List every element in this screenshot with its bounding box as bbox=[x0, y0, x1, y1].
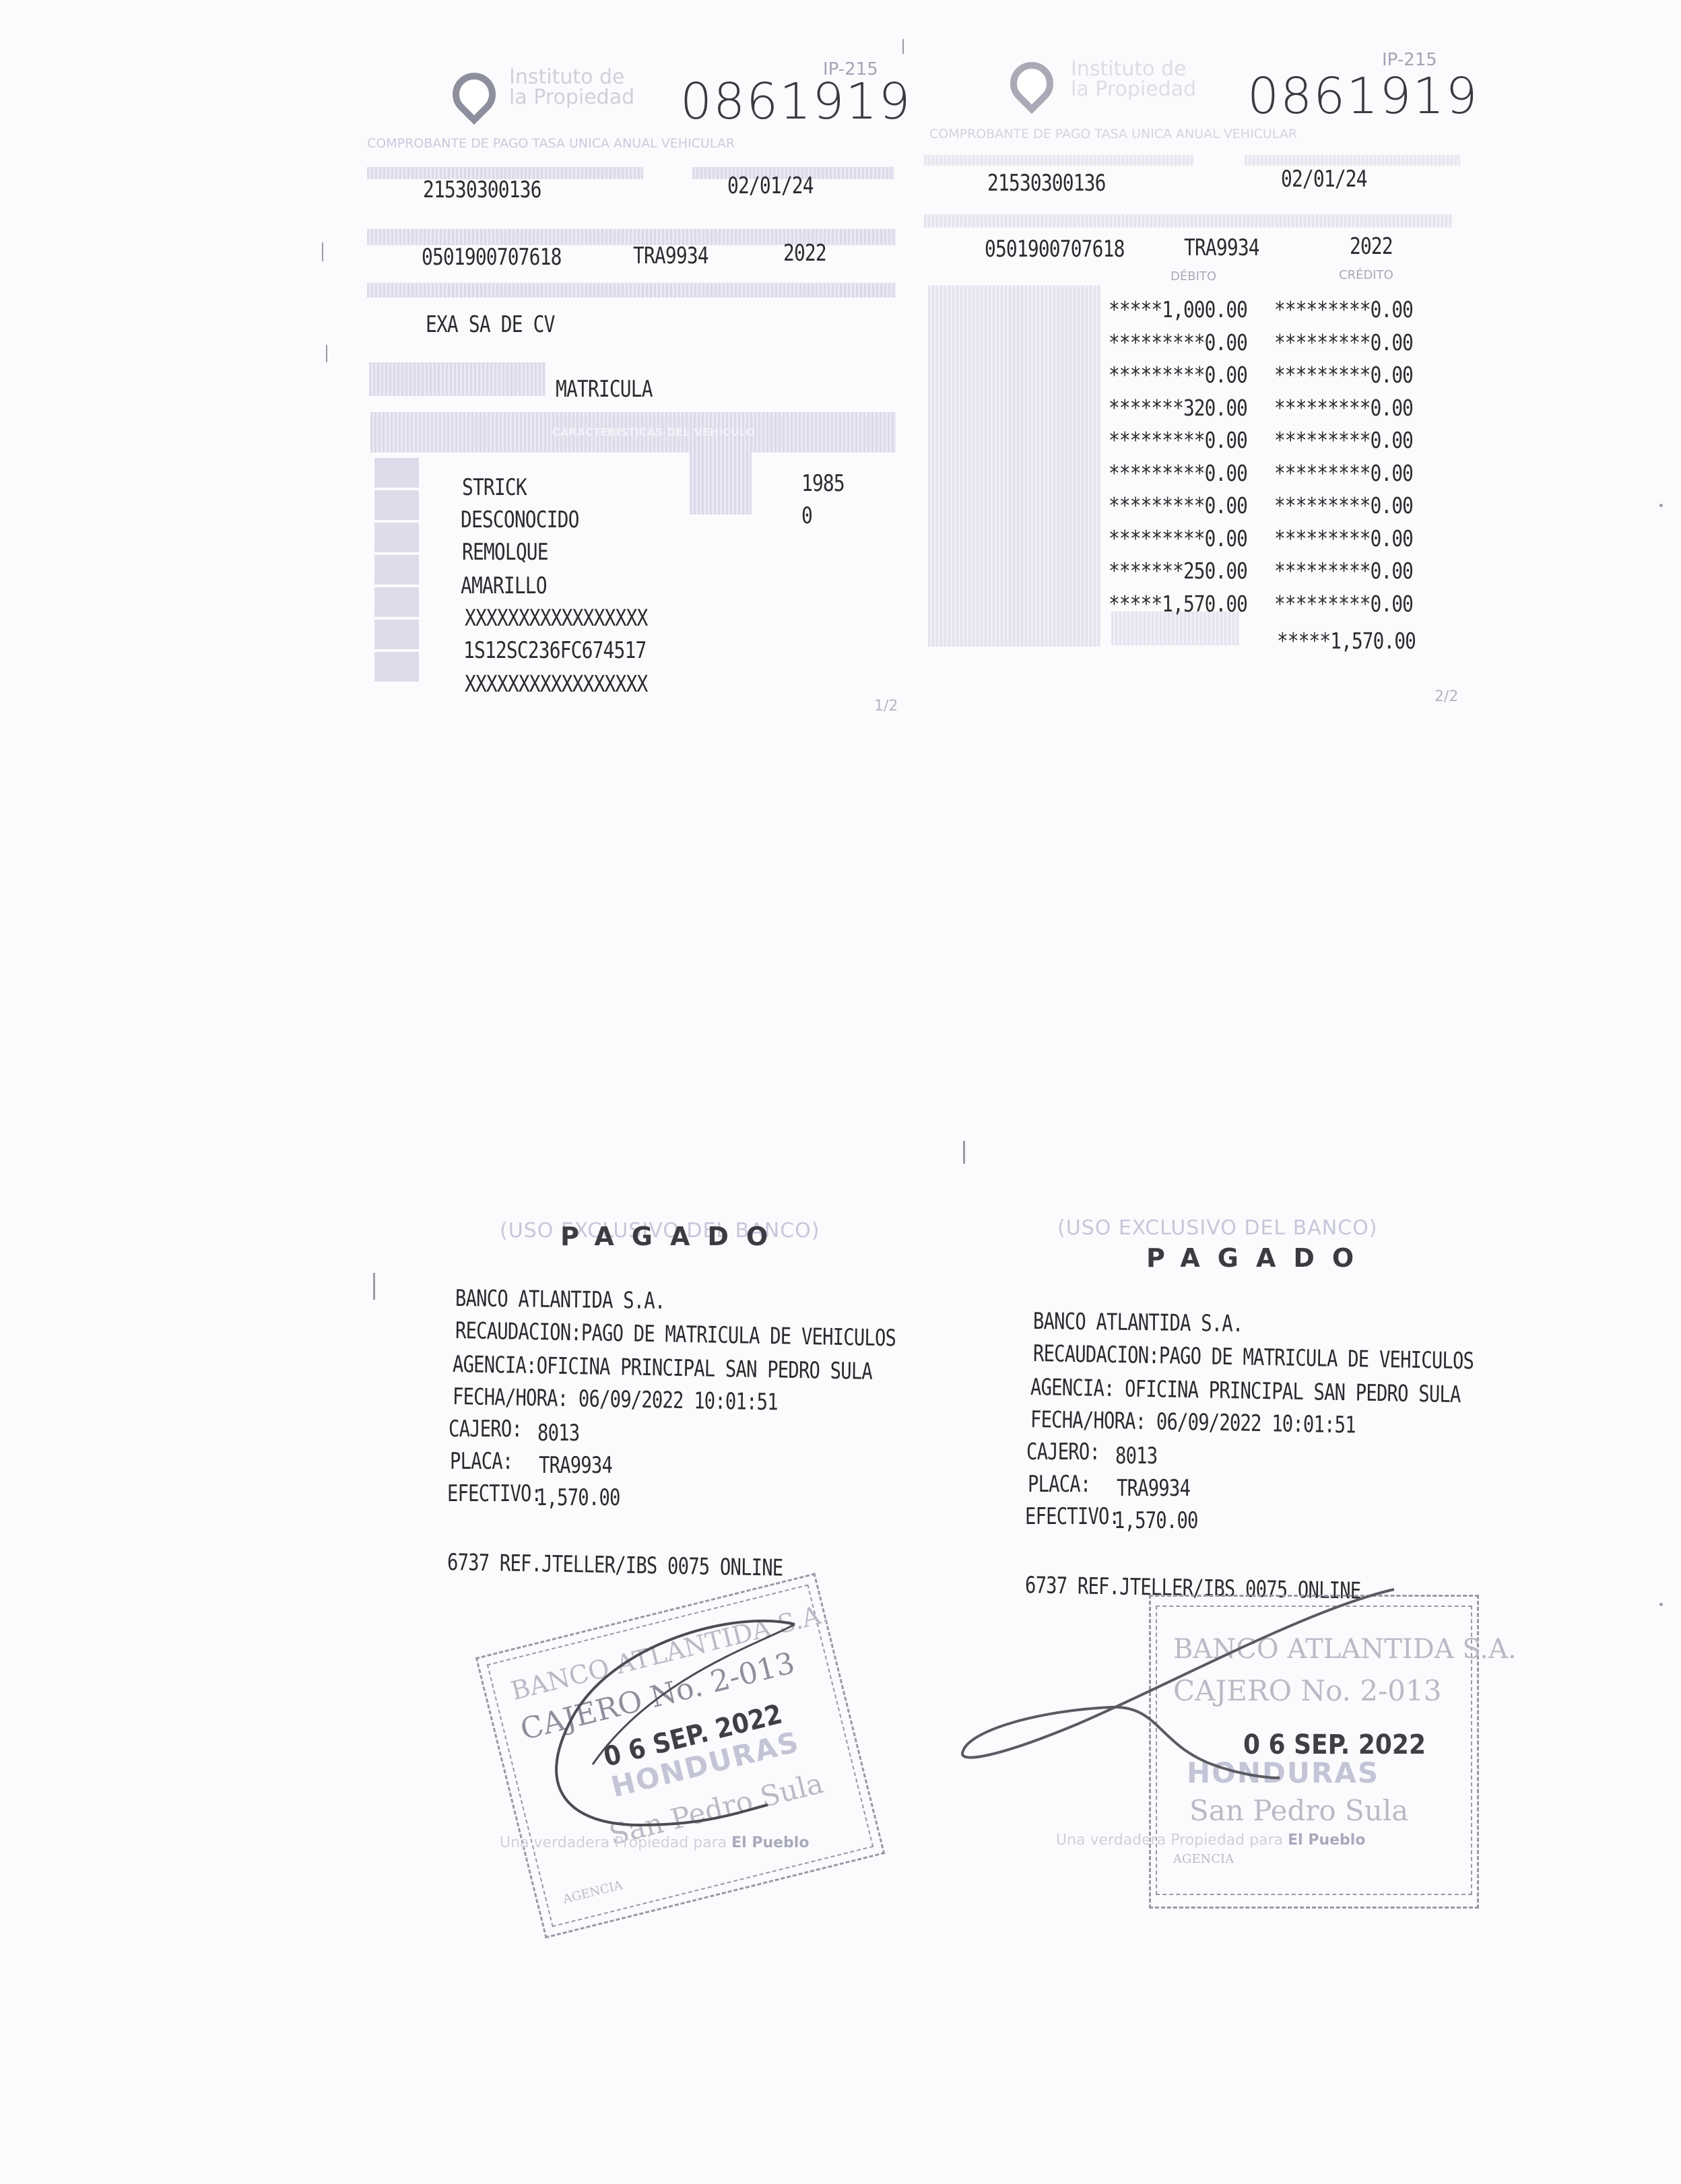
cash-amount: 1,570.00 bbox=[1114, 1507, 1198, 1534]
bank-name: BANCO ATLANTIDA S.A. bbox=[1033, 1308, 1243, 1337]
debit-column-header: DÉBITO bbox=[1171, 269, 1216, 284]
institution-name-line2: la Propiedad bbox=[1071, 79, 1196, 100]
propiedad-logo-icon bbox=[444, 64, 505, 125]
signature-right bbox=[956, 1583, 1441, 1798]
balance-total: *****1,570.00 bbox=[1277, 628, 1416, 654]
page-number-right: 2/2 bbox=[1435, 688, 1458, 705]
collection-description: RECAUDACION:PAGO DE MATRICULA DE VEHICUL… bbox=[455, 1317, 896, 1352]
credit-column-header: CRÉDITO bbox=[1339, 268, 1393, 282]
transaction-datetime: FECHA/HORA: 06/09/2022 10:01:51 bbox=[1030, 1406, 1356, 1438]
institution-name-line1: Instituto de bbox=[1071, 59, 1187, 79]
vehicle-model: DESCONOCIDO bbox=[461, 506, 579, 533]
plate-value: TRA9934 bbox=[1117, 1475, 1190, 1502]
debit-amount: *******250.00 bbox=[1109, 558, 1247, 584]
slogan: Una verdadera Propiedad para El Pueblo bbox=[1056, 1832, 1365, 1849]
receipt-number: 0861919 bbox=[1247, 67, 1479, 125]
tax-year: 2022 bbox=[783, 240, 826, 267]
receipt-subtitle: COMPROBANTE DE PAGO TASA UNICA ANUAL VEH… bbox=[929, 127, 1297, 141]
rtn-number: 0501900707618 bbox=[422, 244, 562, 271]
agency: AGENCIA: OFICINA PRINCIPAL SAN PEDRO SUL… bbox=[1030, 1374, 1461, 1408]
credit-amount: *********0.00 bbox=[1274, 591, 1413, 617]
plate-number: TRA9934 bbox=[633, 242, 708, 269]
paid-status: PAGADO bbox=[1146, 1243, 1371, 1273]
cash-amount: 1,570.00 bbox=[536, 1484, 620, 1511]
collection-description: RECAUDACION:PAGO DE MATRICULA DE VEHICUL… bbox=[1033, 1340, 1474, 1375]
account-number: 21530300136 bbox=[423, 176, 541, 203]
vehicle-motor: XXXXXXXXXXXXXXXXX bbox=[465, 605, 647, 632]
credit-amount: *********0.00 bbox=[1274, 395, 1413, 421]
plate-label: PLACA: bbox=[1028, 1471, 1090, 1498]
debit-amount: *********0.00 bbox=[1109, 362, 1247, 388]
vehicle-brand: STRICK bbox=[462, 474, 527, 501]
propiedad-logo-icon bbox=[1001, 53, 1063, 114]
concept-labels-column bbox=[928, 286, 1100, 647]
credit-amount: *********0.00 bbox=[1274, 362, 1413, 388]
issue-date: 02/01/24 bbox=[727, 172, 814, 199]
debit-amount: *********0.00 bbox=[1109, 329, 1247, 356]
owner-name: EXA SA DE CV bbox=[426, 311, 555, 338]
cashier-label: CAJERO: bbox=[1026, 1438, 1100, 1465]
vehicle-color: AMARILLO bbox=[461, 572, 547, 599]
debit-amount: *********0.00 bbox=[1109, 460, 1247, 486]
vehicle-field-labels bbox=[374, 458, 422, 687]
institution-name-line1: Instituto de bbox=[509, 67, 625, 88]
cash-label: EFECTIVO: bbox=[1025, 1503, 1119, 1530]
credit-amount: *********0.00 bbox=[1274, 460, 1413, 486]
credit-amount: *********0.00 bbox=[1274, 558, 1413, 584]
receipt-number: 0861919 bbox=[680, 73, 912, 131]
cash-label: EFECTIVO: bbox=[447, 1480, 541, 1507]
concept: MATRICULA bbox=[556, 376, 653, 403]
stamp-city: San Pedro Sula bbox=[1189, 1794, 1408, 1827]
vehicle-chassis: 1S12SC236FC674517 bbox=[463, 637, 646, 664]
signature-left bbox=[532, 1603, 815, 1845]
plate-number: TRA9934 bbox=[1184, 234, 1259, 261]
cashier-id: 8013 bbox=[537, 1420, 579, 1447]
bank-name: BANCO ATLANTIDA S.A. bbox=[455, 1285, 665, 1315]
vehicle-cylinders: 0 bbox=[801, 502, 812, 529]
credit-amount: *********0.00 bbox=[1274, 492, 1413, 519]
receipt-subtitle: COMPROBANTE DE PAGO TASA UNICA ANUAL VEH… bbox=[367, 136, 735, 151]
debit-amount: *****1,000.00 bbox=[1109, 296, 1247, 323]
debit-amount: *********0.00 bbox=[1109, 492, 1247, 519]
vehicle-vin: XXXXXXXXXXXXXXXXX bbox=[465, 671, 647, 698]
cashier-id: 8013 bbox=[1115, 1443, 1157, 1469]
credit-amount: *********0.00 bbox=[1274, 427, 1413, 453]
debit-amount: *******320.00 bbox=[1109, 395, 1247, 421]
plate-value: TRA9934 bbox=[539, 1452, 612, 1479]
vehicle-type: REMOLQUE bbox=[462, 539, 548, 566]
debit-amount: *********0.00 bbox=[1109, 525, 1247, 552]
issue-date: 02/01/24 bbox=[1281, 166, 1367, 193]
tax-year: 2022 bbox=[1350, 233, 1393, 260]
page-number-left: 1/2 bbox=[874, 698, 898, 715]
bank-use-label: (USO EXCLUSIVO DEL BANCO) bbox=[1057, 1216, 1377, 1240]
agency: AGENCIA:OFICINA PRINCIPAL SAN PEDRO SULA bbox=[453, 1351, 872, 1385]
transaction-reference: 6737 REF.JTELLER/IBS 0075 ONLINE bbox=[447, 1549, 783, 1582]
credit-amount: *********0.00 bbox=[1274, 525, 1413, 552]
debit-amount: *********0.00 bbox=[1109, 427, 1247, 453]
account-number: 21530300136 bbox=[987, 170, 1106, 197]
credit-amount: *********0.00 bbox=[1274, 329, 1413, 356]
rtn-number: 0501900707618 bbox=[985, 236, 1125, 263]
stamp-agency-label: AGENCIA bbox=[1173, 1852, 1234, 1866]
institution-name-line2: la Propiedad bbox=[509, 88, 634, 108]
paid-status: PAGADO bbox=[560, 1222, 785, 1251]
credit-amount: *********0.00 bbox=[1274, 296, 1413, 323]
vehicle-section-title: CARACTERISTICAS DEL VEHICULO bbox=[552, 426, 755, 438]
transaction-datetime: FECHA/HORA: 06/09/2022 10:01:51 bbox=[453, 1383, 778, 1416]
vehicle-year: 1985 bbox=[801, 470, 845, 497]
plate-label: PLACA: bbox=[450, 1448, 513, 1475]
cashier-label: CAJERO: bbox=[449, 1416, 522, 1443]
debit-amount: *****1,570.00 bbox=[1109, 591, 1247, 617]
